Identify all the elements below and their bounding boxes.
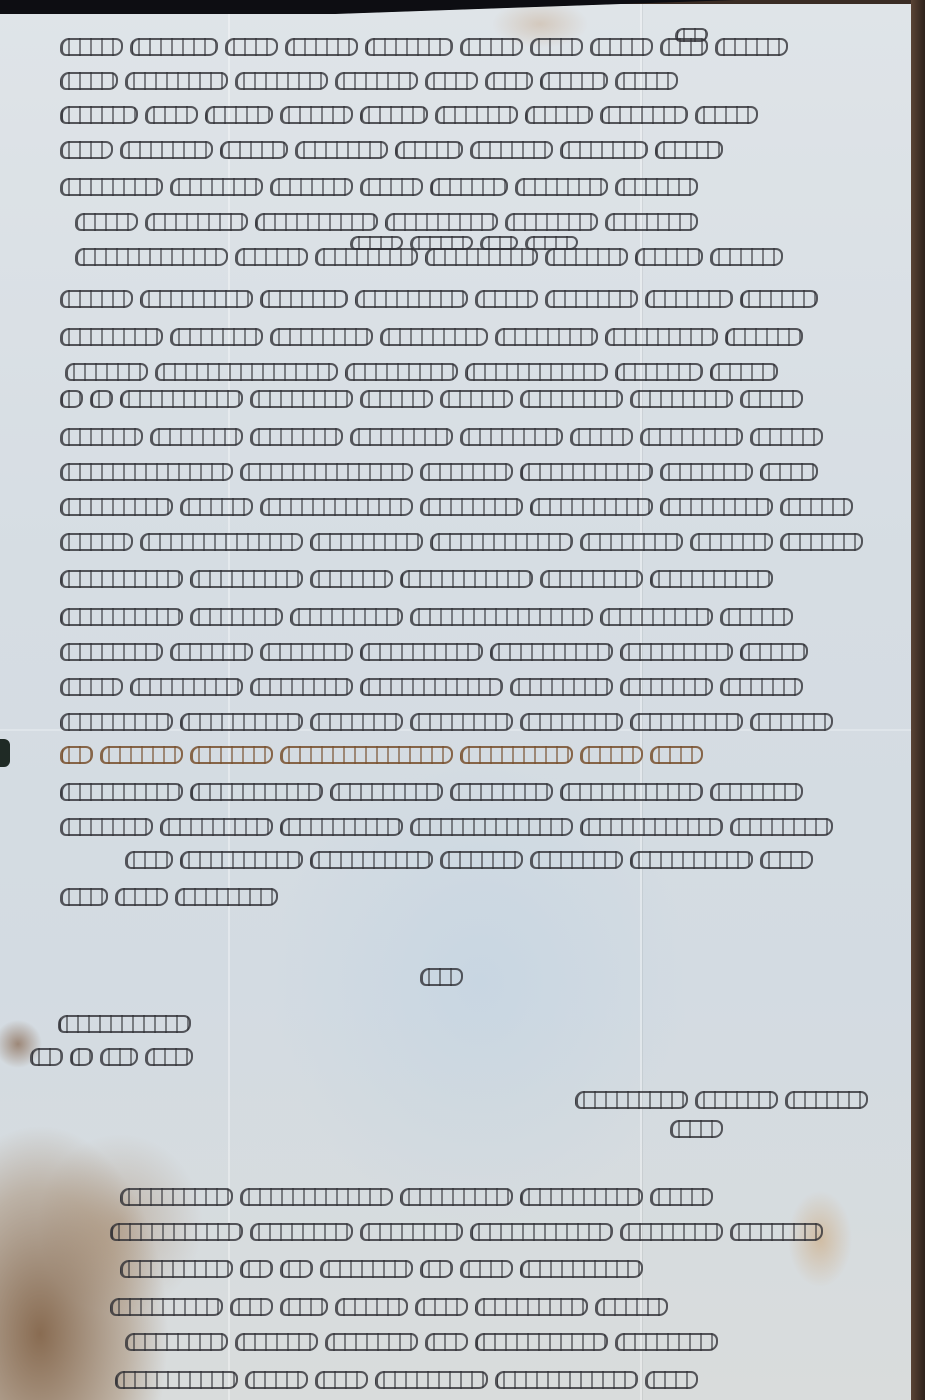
ink-word <box>155 363 338 381</box>
ink-word <box>760 463 818 481</box>
handwritten-line: [handwritten postscript line 5] <box>125 1329 718 1355</box>
ink-word <box>690 533 773 551</box>
ink-word <box>310 533 423 551</box>
ink-word <box>730 1223 823 1241</box>
ink-word <box>60 390 83 408</box>
ink-word <box>260 643 353 661</box>
ink-word <box>65 363 148 381</box>
ink-word <box>360 643 483 661</box>
ink-word <box>360 178 423 196</box>
ink-word <box>310 851 433 869</box>
ink-word <box>60 608 183 626</box>
ink-word <box>450 783 553 801</box>
handwritten-line: [handwritten closing word] <box>420 964 463 990</box>
ink-word <box>400 570 533 588</box>
ink-word <box>750 428 823 446</box>
ink-word <box>420 968 463 986</box>
ink-word <box>560 141 648 159</box>
ink-word <box>320 1260 413 1278</box>
ink-word <box>465 363 608 381</box>
ink-word <box>715 38 788 56</box>
ink-word <box>650 746 703 764</box>
ink-word <box>190 570 303 588</box>
ink-word <box>670 1120 723 1138</box>
ink-word <box>660 38 708 56</box>
ink-word <box>710 783 803 801</box>
ink-word <box>240 463 413 481</box>
ink-word <box>620 1223 723 1241</box>
ink-word <box>490 643 613 661</box>
ink-word <box>575 1091 688 1109</box>
ink-word <box>520 390 623 408</box>
handwritten-line: [handwritten Tamil line 14] <box>60 494 853 520</box>
ink-word <box>695 1091 778 1109</box>
ink-word <box>520 713 623 731</box>
ink-word <box>485 72 533 90</box>
ink-word <box>60 290 133 308</box>
handwritten-line: [handwritten Tamil line 24] <box>125 847 813 873</box>
ink-word <box>60 713 173 731</box>
ink-word <box>530 38 583 56</box>
ink-word <box>175 888 278 906</box>
ink-word <box>100 1048 138 1066</box>
ink-word <box>510 678 613 696</box>
ink-word <box>395 141 463 159</box>
ink-word <box>475 1298 588 1316</box>
ink-word <box>740 643 808 661</box>
ink-word <box>785 1091 868 1109</box>
ink-word <box>60 72 118 90</box>
ink-word <box>420 1260 453 1278</box>
handwritten-line: [handwritten Tamil line 13] <box>60 459 818 485</box>
ink-word <box>60 328 163 346</box>
ink-word <box>660 498 773 516</box>
ink-word <box>475 290 538 308</box>
ink-word <box>160 818 273 836</box>
ink-word <box>595 1298 668 1316</box>
handwritten-line: [handwritten Tamil line 18] <box>60 639 808 665</box>
ink-word <box>295 141 388 159</box>
handwritten-line: [inserted handwritten correction] <box>350 230 578 256</box>
ink-word <box>240 1260 273 1278</box>
ink-word <box>515 178 608 196</box>
ink-word <box>580 746 643 764</box>
ink-word <box>580 818 723 836</box>
ink-word <box>60 498 173 516</box>
ink-word <box>530 498 653 516</box>
ink-word <box>205 106 273 124</box>
ink-word <box>440 390 513 408</box>
handwritten-line: [handwritten postscript line 6] <box>115 1367 698 1393</box>
ink-word <box>410 608 593 626</box>
manuscript-paper: [handwritten word] [handwritten Tamil li… <box>0 4 912 1400</box>
ink-word <box>255 213 378 231</box>
ink-word <box>75 248 228 266</box>
ink-word <box>720 678 803 696</box>
ink-word <box>560 783 703 801</box>
ink-word <box>360 106 428 124</box>
handwritten-line: [handwritten Tamil line 16] <box>60 566 773 592</box>
ink-word <box>600 608 713 626</box>
ink-word <box>615 72 678 90</box>
ink-word <box>260 290 348 308</box>
ink-word <box>525 106 593 124</box>
ink-word <box>430 533 573 551</box>
handwritten-line: [handwritten Tamil line 1] <box>60 34 788 60</box>
ink-word <box>645 1371 698 1389</box>
ink-word <box>350 236 403 250</box>
ink-word <box>760 851 813 869</box>
ink-word <box>250 390 353 408</box>
ink-word <box>605 328 718 346</box>
ink-word <box>190 608 283 626</box>
ink-word <box>280 1298 328 1316</box>
ink-word <box>530 851 623 869</box>
ink-word <box>140 533 303 551</box>
ink-word <box>60 888 108 906</box>
ink-word <box>125 851 173 869</box>
ink-word <box>440 851 523 869</box>
handwritten-line: [handwritten Tamil line 20] <box>60 709 833 735</box>
ink-word <box>630 713 743 731</box>
ink-word <box>125 1333 228 1351</box>
handwritten-line: [handwritten Tamil line 21 (brown ink)] <box>60 742 703 768</box>
ink-word <box>250 1223 353 1241</box>
handwritten-line: [handwritten Tamil line 5] <box>60 174 698 200</box>
ink-word <box>495 328 598 346</box>
ink-word <box>615 1333 718 1351</box>
ink-word <box>280 106 353 124</box>
ink-word <box>120 1188 233 1206</box>
ink-word <box>615 363 703 381</box>
ink-word <box>75 213 138 231</box>
handwritten-line: [handwritten Tamil line 11] <box>60 386 803 412</box>
handwritten-line: [handwritten addressee line 1] <box>58 1011 191 1037</box>
ink-word <box>240 1188 393 1206</box>
ink-word <box>385 213 498 231</box>
ink-word <box>655 141 723 159</box>
ink-word <box>60 678 123 696</box>
ink-word <box>60 746 93 764</box>
ink-word <box>100 746 183 764</box>
ink-word <box>60 38 123 56</box>
ink-word <box>60 178 163 196</box>
ink-word <box>245 1371 308 1389</box>
ink-word <box>345 363 458 381</box>
ink-word <box>145 213 248 231</box>
binding-mark <box>0 739 10 767</box>
ink-word <box>170 643 253 661</box>
ink-word <box>660 463 753 481</box>
ink-word <box>630 390 733 408</box>
handwritten-line: [handwritten Tamil line 17] <box>60 604 793 630</box>
ink-word <box>250 678 353 696</box>
ink-word <box>310 570 393 588</box>
ink-word <box>620 678 713 696</box>
ink-word <box>780 498 853 516</box>
ink-word <box>170 328 263 346</box>
ink-word <box>280 746 453 764</box>
ink-word <box>360 678 503 696</box>
ink-word <box>645 290 733 308</box>
ink-word <box>420 463 513 481</box>
ink-word <box>260 498 413 516</box>
ink-word <box>475 1333 608 1351</box>
handwritten-line: [handwritten Tamil line 2] <box>60 68 678 94</box>
ink-word <box>60 533 133 551</box>
ink-word <box>225 38 278 56</box>
handwritten-line: [handwritten Tamil line 10] <box>65 359 778 385</box>
ink-word <box>580 533 683 551</box>
ink-word <box>410 236 473 250</box>
ink-word <box>375 1371 488 1389</box>
ink-word <box>410 818 573 836</box>
ink-word <box>140 290 253 308</box>
ink-word <box>480 236 518 250</box>
handwritten-line: [handwritten signature line 1] <box>575 1087 868 1113</box>
handwritten-line: [handwritten postscript line 2] <box>110 1219 823 1245</box>
ink-word <box>420 498 523 516</box>
handwritten-line: [handwritten postscript line 4] <box>110 1294 668 1320</box>
ink-word <box>410 713 513 731</box>
ink-word <box>60 643 163 661</box>
ink-word <box>540 570 643 588</box>
ink-word <box>570 428 633 446</box>
ink-word <box>235 72 328 90</box>
ink-word <box>520 1260 643 1278</box>
ink-word <box>350 428 453 446</box>
handwritten-line: [handwritten Tamil line 19] <box>60 674 803 700</box>
ink-word <box>520 463 653 481</box>
handwritten-line: [handwritten postscript line 3] <box>120 1256 643 1282</box>
ink-word <box>110 1298 223 1316</box>
ink-word <box>460 1260 513 1278</box>
handwritten-line: [handwritten Tamil line 3] <box>60 102 758 128</box>
handwritten-line: [handwritten Tamil line 23] <box>60 814 833 840</box>
ink-word <box>360 390 433 408</box>
ink-word <box>180 498 253 516</box>
ink-word <box>400 1188 513 1206</box>
ink-word <box>435 106 518 124</box>
handwritten-line: [handwritten addressee line 2] <box>30 1044 193 1070</box>
ink-word <box>460 746 573 764</box>
ink-word <box>170 178 263 196</box>
ink-word <box>695 106 758 124</box>
ink-word <box>270 178 353 196</box>
handwritten-line: [handwritten Tamil line 12] <box>60 424 823 450</box>
ink-word <box>60 106 138 124</box>
scan-top-border <box>0 0 925 14</box>
ink-word <box>60 818 153 836</box>
ink-word <box>780 533 863 551</box>
ink-word <box>740 390 803 408</box>
ink-word <box>145 106 198 124</box>
ink-word <box>505 213 598 231</box>
ink-word <box>120 390 243 408</box>
ink-word <box>120 141 213 159</box>
ink-word <box>180 851 303 869</box>
handwritten-line: [handwritten signature line 2] <box>670 1116 723 1142</box>
ink-word <box>110 1223 243 1241</box>
ink-word <box>750 713 833 731</box>
ink-word <box>310 713 403 731</box>
ink-word <box>60 141 113 159</box>
ink-word <box>90 390 113 408</box>
ink-word <box>425 1333 468 1351</box>
ink-word <box>60 783 183 801</box>
ink-word <box>425 72 478 90</box>
ink-word <box>640 428 743 446</box>
ink-word <box>380 328 488 346</box>
ink-word <box>520 1188 643 1206</box>
handwritten-line: [handwritten Tamil line 4] <box>60 137 723 163</box>
ink-word <box>730 818 833 836</box>
ink-word <box>525 236 578 250</box>
ink-word <box>130 38 218 56</box>
handwritten-line: [handwritten Tamil line 9] <box>60 324 803 350</box>
ink-word <box>460 428 563 446</box>
ink-word <box>115 1371 238 1389</box>
ink-word <box>600 106 688 124</box>
ink-word <box>630 851 753 869</box>
ink-word <box>325 1333 418 1351</box>
ink-word <box>270 328 373 346</box>
ink-word <box>470 1223 613 1241</box>
ink-word <box>740 290 818 308</box>
ink-word <box>150 428 243 446</box>
ink-word <box>250 428 343 446</box>
handwritten-line: [handwritten Tamil line 22] <box>60 779 803 805</box>
ink-word <box>720 608 793 626</box>
ink-word <box>710 248 783 266</box>
handwritten-line: [handwritten Tamil line 15] <box>60 529 863 555</box>
ink-word <box>360 1223 463 1241</box>
ink-word <box>120 1260 233 1278</box>
ink-word <box>285 38 358 56</box>
scan-right-border <box>911 0 925 1400</box>
ink-word <box>615 178 698 196</box>
ink-word <box>650 1188 713 1206</box>
handwritten-line: [handwritten postscript line 1] <box>120 1184 713 1210</box>
ink-word <box>590 38 653 56</box>
ink-word <box>460 38 523 56</box>
handwritten-line: [handwritten Tamil line 8] <box>60 286 818 312</box>
ink-word <box>190 746 273 764</box>
ink-word <box>235 248 308 266</box>
ink-word <box>605 213 698 231</box>
ink-word <box>145 1048 193 1066</box>
ink-word <box>650 570 773 588</box>
ink-word <box>335 72 418 90</box>
ink-word <box>355 290 468 308</box>
ink-word <box>230 1298 273 1316</box>
ink-word <box>58 1015 191 1033</box>
ink-word <box>415 1298 468 1316</box>
ink-word <box>60 428 143 446</box>
ink-word <box>540 72 608 90</box>
ink-word <box>180 713 303 731</box>
ink-word <box>130 678 243 696</box>
ink-word <box>545 290 638 308</box>
ink-word <box>725 328 803 346</box>
ink-word <box>635 248 703 266</box>
ink-word <box>430 178 508 196</box>
ink-word <box>125 72 228 90</box>
ink-word <box>365 38 453 56</box>
ink-word <box>60 570 183 588</box>
ink-word <box>280 818 403 836</box>
ink-word <box>70 1048 93 1066</box>
ink-word <box>190 783 323 801</box>
ink-word <box>290 608 403 626</box>
ink-word <box>470 141 553 159</box>
ink-word <box>315 1371 368 1389</box>
ink-word <box>330 783 443 801</box>
ink-word <box>235 1333 318 1351</box>
ink-word <box>710 363 778 381</box>
ink-word <box>495 1371 638 1389</box>
ink-word <box>30 1048 63 1066</box>
ink-word <box>115 888 168 906</box>
ink-word <box>335 1298 408 1316</box>
ink-word <box>220 141 288 159</box>
ink-word <box>280 1260 313 1278</box>
ink-word <box>620 643 733 661</box>
handwritten-line: [handwritten Tamil line 25] <box>60 884 278 910</box>
ink-word <box>60 463 233 481</box>
